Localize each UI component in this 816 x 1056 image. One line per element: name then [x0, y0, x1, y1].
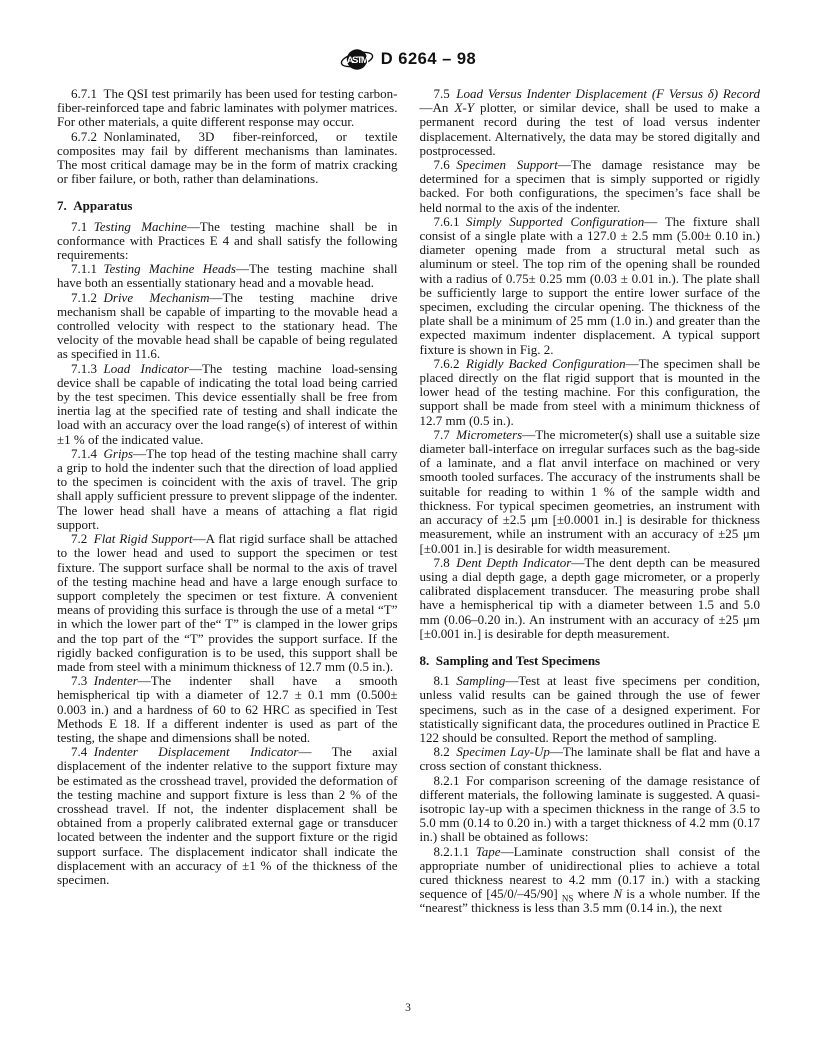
text-run: 8.1 — [434, 673, 457, 688]
paragraph: 7.1 Testing Machine—The testing machine … — [57, 220, 398, 263]
text-run: 8.2 — [434, 744, 457, 759]
text-run: 8.2.1.1 — [434, 844, 476, 859]
text-run: 7.1.3 — [71, 361, 104, 376]
text-run: Dent Depth Indicator — [456, 555, 571, 570]
left-column: 6.7.1 The QSI test primarily has been us… — [57, 87, 398, 916]
paragraph: 8.1 Sampling—Test at least five specimen… — [420, 674, 761, 745]
paragraph: 7.1.3 Load Indicator—The testing machine… — [57, 362, 398, 447]
page-number: 3 — [0, 1002, 816, 1014]
text-run: Testing Machine Heads — [104, 261, 236, 276]
page-header: ASTM D 6264 – 98 — [0, 44, 816, 74]
text-run: —A flat rigid surface shall be attached … — [57, 531, 398, 674]
text-run: —An — [420, 100, 455, 115]
paragraph: 7.3 Indenter—The indenter shall have a s… — [57, 674, 398, 745]
text-run: Micrometers — [456, 427, 522, 442]
text-run: 7.1.1 — [71, 261, 104, 276]
text-run: 6.7.1 The QSI test primarily has been us… — [57, 86, 398, 129]
text-run: X-Y — [454, 100, 474, 115]
paragraph: 7.1.1 Testing Machine Heads—The testing … — [57, 262, 398, 290]
paragraph: 7.6 Specimen Support—The damage resistan… — [420, 158, 761, 215]
two-column-text: 6.7.1 The QSI test primarily has been us… — [57, 87, 760, 916]
section-heading: 7. Apparatus — [57, 199, 398, 213]
text-run: 7. Apparatus — [57, 198, 133, 213]
text-run: Load Versus Indenter Displacement (F Ver… — [456, 86, 760, 101]
paragraph: 7.2 Flat Rigid Support—A flat rigid surf… — [57, 532, 398, 674]
text-run: Testing Machine — [94, 219, 187, 234]
text-run: Tape — [476, 844, 501, 859]
text-run: Sampling — [456, 673, 505, 688]
text-run: 6.7.2 Nonlaminated, 3D fiber-reinforced,… — [57, 129, 398, 187]
text-run: 8. Sampling and Test Specimens — [420, 653, 601, 668]
paragraph: 7.8 Dent Depth Indicator—The dent depth … — [420, 556, 761, 641]
document-page: ASTM D 6264 – 98 6.7.1 The QSI test prim… — [0, 0, 816, 1056]
text-run: 7.4 — [71, 744, 94, 759]
paragraph: 7.5 Load Versus Indenter Displacement (F… — [420, 87, 761, 158]
paragraph: 7.4 Indenter Displacement Indicator— The… — [57, 745, 398, 887]
text-run: Indenter — [94, 673, 138, 688]
section-heading: 8. Sampling and Test Specimens — [420, 654, 761, 668]
text-run: where — [573, 886, 613, 901]
text-run: 7.1.2 — [71, 290, 104, 305]
text-run: 7.7 — [434, 427, 457, 442]
paragraph: 6.7.1 The QSI test primarily has been us… — [57, 87, 398, 130]
text-run: Specimen Lay-Up — [456, 744, 550, 759]
text-run: Flat Rigid Support — [94, 531, 193, 546]
astm-logo-icon: ASTM — [340, 46, 374, 73]
text-run: Load Indicator — [104, 361, 189, 376]
text-run: Grips — [104, 446, 134, 461]
text-run: 7.2 — [71, 531, 94, 546]
text-run: 7.6.2 — [434, 356, 467, 371]
svg-text:ASTM: ASTM — [347, 55, 369, 66]
text-run: — The fixture shall consist of a single … — [420, 214, 761, 357]
text-run: Drive Mechanism — [104, 290, 210, 305]
text-run: Specimen Support — [456, 157, 558, 172]
text-run: N — [613, 886, 622, 901]
text-run: 7.1.4 — [71, 446, 104, 461]
paragraph: 7.6.2 Rigidly Backed Configuration—The s… — [420, 357, 761, 428]
text-run: 7.8 — [434, 555, 457, 570]
paragraph: 7.7 Micrometers—The micrometer(s) shall … — [420, 428, 761, 556]
paragraph: 7.1.2 Drive Mechanism—The testing machin… — [57, 291, 398, 362]
right-column: 7.5 Load Versus Indenter Displacement (F… — [420, 87, 761, 916]
text-run: Indenter Displacement Indicator — [94, 744, 299, 759]
paragraph: 7.1.4 Grips—The top head of the testing … — [57, 447, 398, 532]
text-run: 7.3 — [71, 673, 94, 688]
text-run: —The micrometer(s) shall use a suitable … — [420, 427, 761, 556]
paragraph: 8.2.1 For comparison screening of the da… — [420, 774, 761, 845]
text-run: 7.6 — [434, 157, 457, 172]
paragraph: 7.6.1 Simply Supported Configuration— Th… — [420, 215, 761, 357]
paragraph: 8.2.1.1 Tape—Laminate construction shall… — [420, 845, 761, 916]
paragraph: 8.2 Specimen Lay-Up—The laminate shall b… — [420, 745, 761, 773]
paragraph: 6.7.2 Nonlaminated, 3D fiber-reinforced,… — [57, 130, 398, 187]
text-run: 7.1 — [71, 219, 94, 234]
text-run: — The axial displacement of the indenter… — [57, 744, 398, 887]
text-run: 8.2.1 For comparison screening of the da… — [420, 773, 761, 845]
text-run: Rigidly Backed Configuration — [466, 356, 626, 371]
text-run: 7.6.1 — [434, 214, 467, 229]
text-run: 7.5 — [434, 86, 457, 101]
doc-designation: D 6264 – 98 — [381, 50, 476, 69]
text-run: Simply Supported Configuration — [466, 214, 644, 229]
